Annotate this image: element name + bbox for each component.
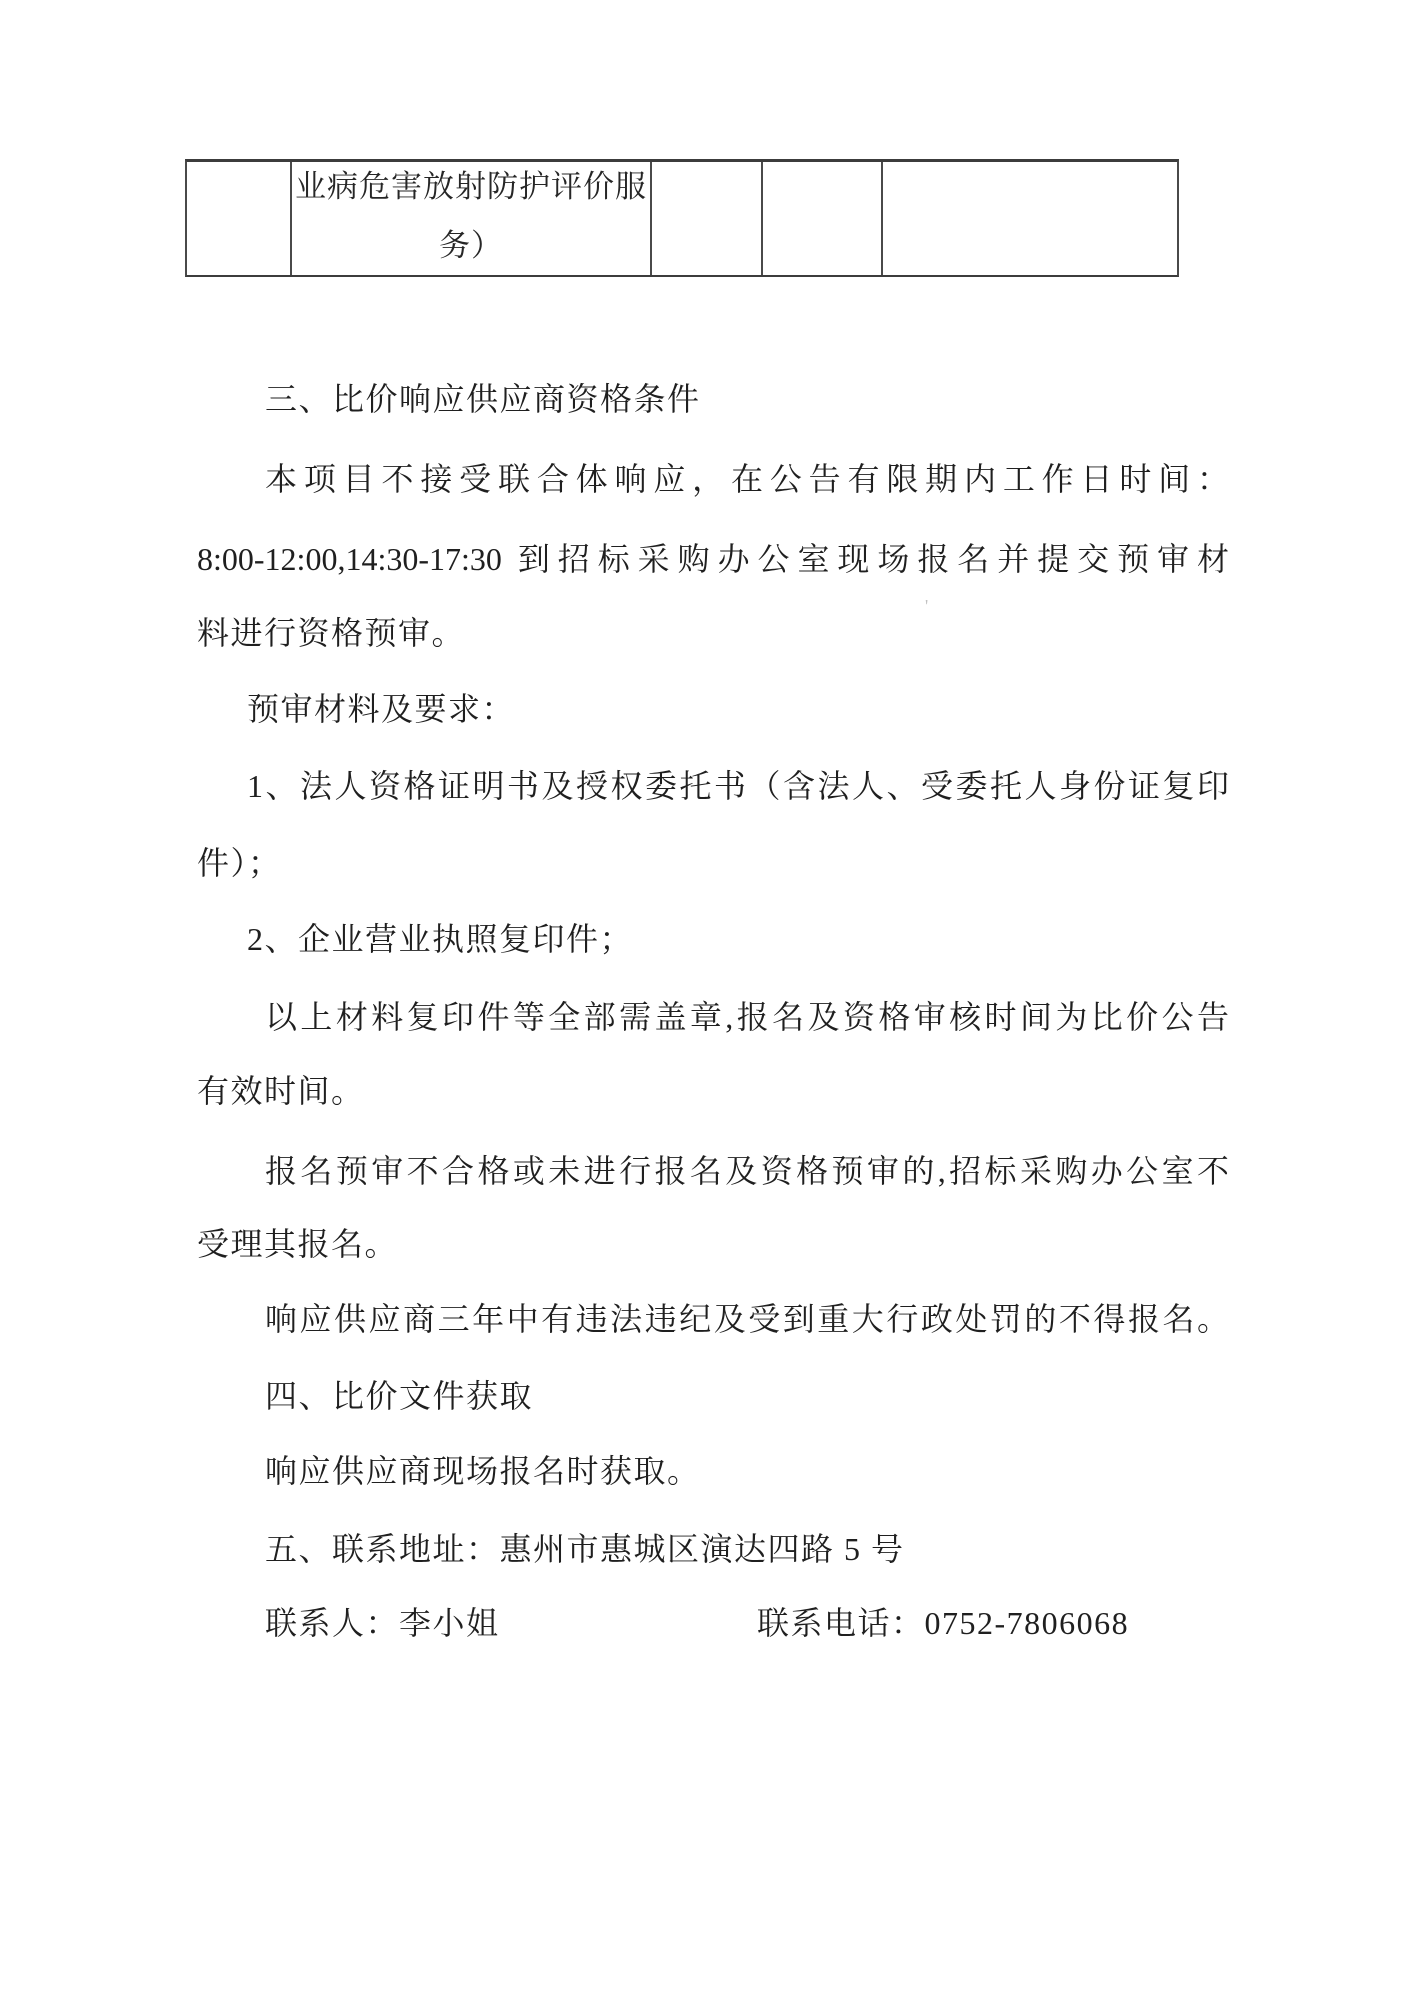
para-violation-rule: 响应供应商三年中有违法违纪及受到重大行政处罚的不得报名。 (197, 1298, 1229, 1340)
table-cell-service-name: 业病危害放射防护评价服 务） (292, 162, 652, 275)
table-cell-empty-2 (652, 162, 763, 275)
para-registration-hours: 8:00-12:00,14:30-17:30 到招标采购办公室现场报名并提交预审… (197, 538, 1229, 580)
section-3-heading: 三、比价响应供应商资格条件 (197, 378, 1229, 420)
para-document-pickup: 响应供应商现场报名时获取。 (197, 1450, 1229, 1492)
table-cell-empty-3 (763, 162, 883, 275)
table-text-line-1: 业病危害放射防护评价服 (295, 170, 647, 204)
table-cell-empty-4 (883, 162, 1177, 275)
table-fragment: 业病危害放射防护评价服 务） (185, 159, 1179, 277)
table-text-line-2: 务） (439, 229, 503, 263)
para-materials-required: 预审材料及要求： (197, 688, 1229, 730)
para-stamp-cont: 有效时间。 (197, 1070, 1229, 1112)
para-prequalification: 料进行资格预审。 (197, 612, 1229, 654)
para-no-consortium: 本项目不接受联合体响应，在公告有限期内工作日时间： (197, 458, 1229, 500)
para-item-1-cont: 件）； (197, 842, 1229, 884)
para-rejection-cont: 受理其报名。 (197, 1223, 1229, 1265)
para-item-1: 1、法人资格证明书及授权委托书（含法人、受委托人身份证复印 (197, 765, 1229, 807)
contact-line: 联系人：李小姐 联系电话：0752-7806068 (197, 1602, 1229, 1644)
para-stamp-required: 以上材料复印件等全部需盖章,报名及资格审核时间为比价公告 (197, 996, 1229, 1038)
para-item-2: 2、企业营业执照复印件； (197, 918, 1229, 960)
para-rejection: 报名预审不合格或未进行报名及资格预审的,招标采购办公室不 (197, 1150, 1229, 1192)
scan-artifact: ' (925, 596, 928, 617)
contact-person: 联系人：李小姐 (265, 1605, 500, 1641)
section-4-heading: 四、比价文件获取 (197, 1375, 1229, 1417)
table-cell-empty-1 (187, 162, 292, 275)
section-5-address: 五、联系地址：惠州市惠城区演达四路 5 号 (197, 1528, 1229, 1570)
contact-phone: 联系电话：0752-7806068 (757, 1602, 1129, 1644)
document-page: 业病危害放射防护评价服 务） 三、比价响应供应商资格条件 本项目不接受联合体响应… (0, 0, 1414, 2000)
